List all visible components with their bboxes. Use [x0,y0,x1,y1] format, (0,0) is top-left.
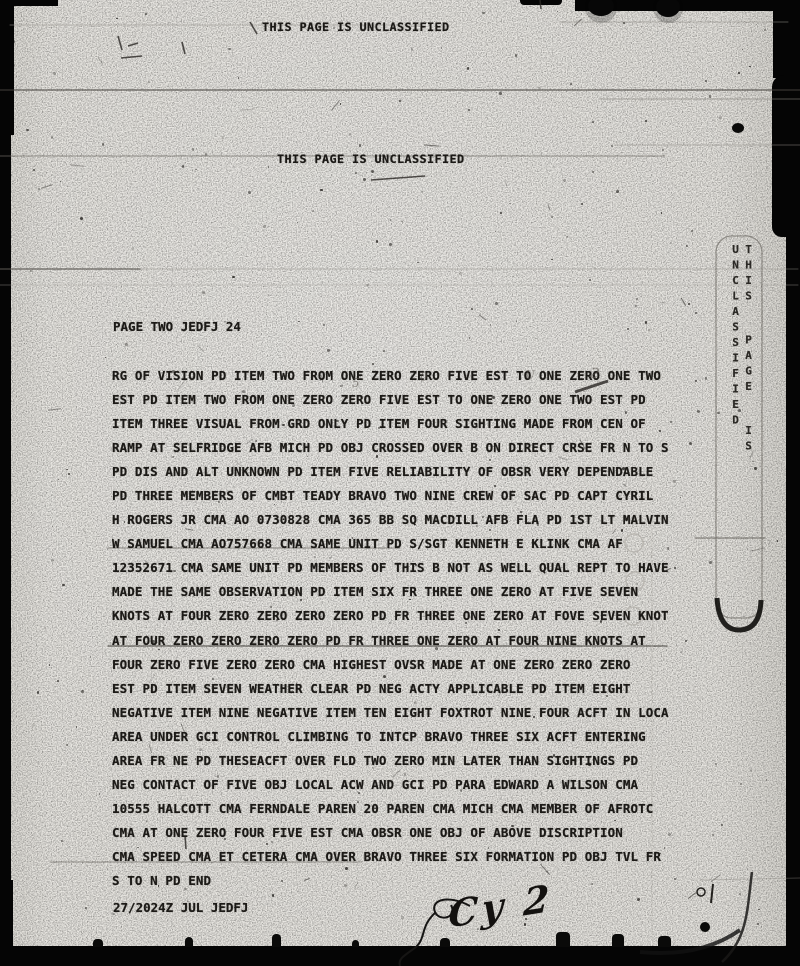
scan-edge-bump [440,938,450,947]
pencil-mark: 0 [420,370,428,384]
scan-edge-left-top [0,0,14,135]
message-line: NEG CONTACT OF FIVE OBJ LOCAL ACW AND GC… [112,773,669,797]
message-line: S TO N PD END [112,869,669,893]
message-line: EST PD ITEM TWO FROM ONE ZERO ZERO FIVE … [112,388,669,412]
message-line: RAMP AT SELFRIDGE AFB MICH PD OBJ CROSSE… [112,436,669,460]
scan-edge-bump [556,932,570,947]
pencil-mark: U [525,368,535,382]
datetime-group: 27/2024Z JUL JEDFJ [113,896,248,920]
message-line: ITEM THREE VISUAL FROM GRD ONLY PD ITEM … [112,412,669,436]
scan-edge-right-corner [773,0,800,78]
message-line: AT FOUR ZERO ZERO ZERO ZERO PD FR THREE … [112,629,669,653]
message-body: RG OF VISION PD ITEM TWO FROM ONE ZERO Z… [112,364,669,893]
message-line: 10555 HALCOTT CMA FERNDALE PAREN 20 PARE… [112,797,669,821]
scan-edge-bump [658,936,671,947]
scan-edge-top-left [0,0,58,6]
message-line: PD THREE MEMBERS OF CMBT TEADY BRAVO TWO… [112,484,669,508]
scan-edge-top-mid [520,0,562,5]
message-line: KNOTS AT FOUR ZERO ZERO ZERO ZERO PD FR … [112,604,669,628]
scan-edge-bottom [0,946,800,966]
unclassified-stamp-middle: THIS PAGE IS UNCLASSIFIED [277,152,465,166]
scan-edge-bump [352,940,359,947]
scan-edge-top-right [575,0,790,11]
message-line: CMA SPEED CMA ET CETERA CMA OVER BRAVO T… [112,845,669,869]
scan-edge-right-bulge [772,75,800,237]
page-header: PAGE TWO JEDFJ 24 [113,315,241,339]
message-line: AREA UNDER GCI CONTROL CLIMBING TO INTCP… [112,725,669,749]
scanned-document-page: THIS PAGE IS UNCLASSIFIED THIS PAGE IS U… [0,0,800,966]
message-line: FOUR ZERO FIVE ZERO ZERO CMA HIGHEST OVS… [112,653,669,677]
unclassified-stamp-side: THIS PAGE IS UNCLASSIFIED [729,243,755,603]
pencil-mark: 5 [352,376,360,390]
unclassified-stamp-top: THIS PAGE IS UNCLASSIFIED [262,20,450,34]
message-line: CMA AT ONE ZERO FOUR FIVE EST CMA OBSR O… [112,821,669,845]
message-line: PD DIS AND ALT UNKNOWN PD ITEM FIVE RELI… [112,460,669,484]
message-line: AREA FR NE PD THESEACFT OVER FLD TWO ZER… [112,749,669,773]
message-line: RG OF VISION PD ITEM TWO FROM ONE ZERO Z… [112,364,669,388]
scan-edge-bump [272,934,281,947]
message-line: EST PD ITEM SEVEN WEATHER CLEAR PD NEG A… [112,677,669,701]
message-line: H ROGERS JR CMA AO 0730828 CMA 365 BB SQ… [112,508,669,532]
message-line: NEGATIVE ITEM NINE NEGATIVE ITEM TEN EIG… [112,701,669,725]
message-line: W SAMUEL CMA AO757668 CMA SAME UNIT PD S… [112,532,669,556]
scan-edge-bump [93,939,103,947]
message-line: MADE THE SAME OBSERVATION PD ITEM SIX FR… [112,580,669,604]
scan-edge-bump [185,937,193,947]
message-line: 12352671 CMA SAME UNIT PD MEMBERS OF THI… [112,556,669,580]
scan-edge-left [0,0,11,966]
scan-edge-bump [612,934,624,947]
